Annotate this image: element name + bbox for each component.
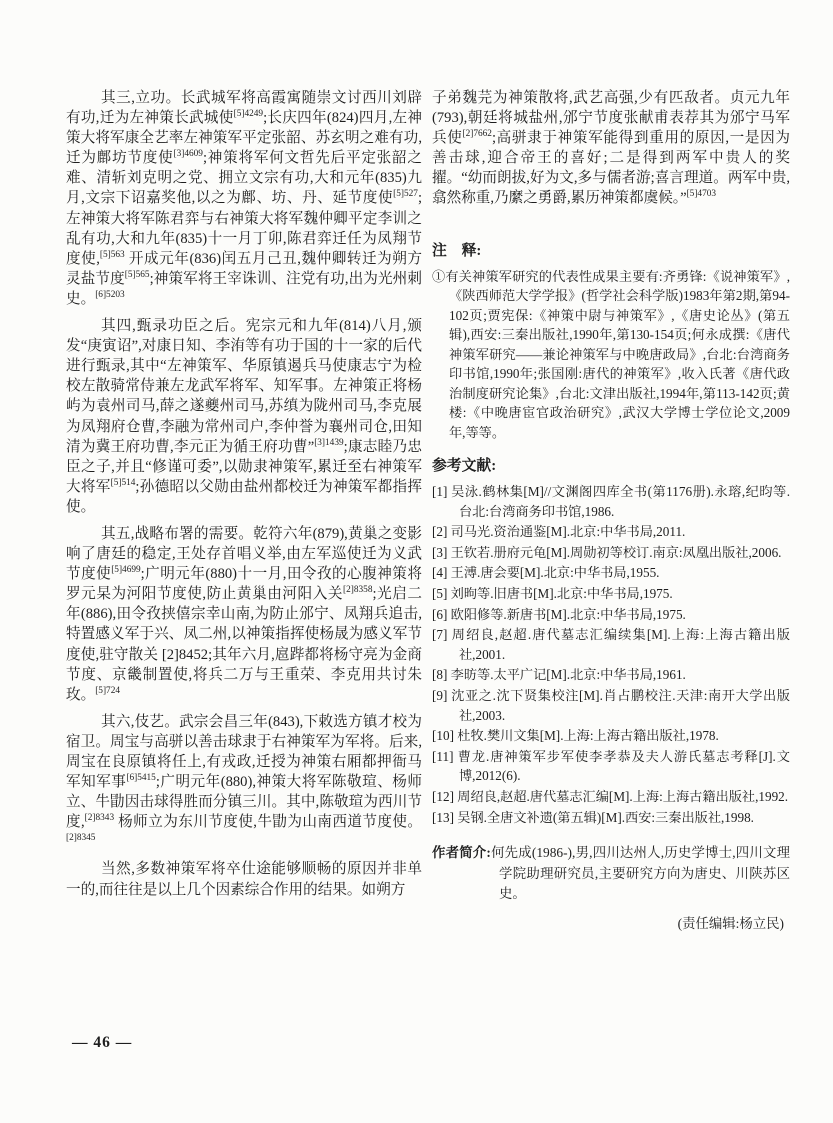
note-item: ①有关神策军研究的代表性成果主要有:齐勇锋:《说神策军》,《陕西师范大学学报》(…	[432, 267, 790, 443]
notes-header: 注 释:	[432, 241, 790, 261]
continuation-paragraphs: 子弟魏芫为神策散将,武艺高强,少有匹敌者。贞元九年(793),朝廷将城盐州,邠宁…	[432, 88, 790, 209]
references-list: [1] 吴泳.鹤林集[M]//文渊阁四库全书(第1176册).永瑢,纪昀等.台北…	[432, 482, 790, 827]
citation-superscript: [6]5415	[126, 773, 155, 783]
reference-item: [10] 杜牧.樊川文集[M].上海:上海古籍出版社,1978.	[432, 726, 790, 746]
left-text-column: 其三,立功。长武城军将高霞寓随崇文讨西川刘辟有功,迁为左神策长武城使[5]424…	[66, 88, 422, 907]
reference-item: [5] 刘昫等.旧唐书[M].北京:中华书局,1975.	[432, 584, 790, 604]
page-number: — 46 —	[72, 1034, 132, 1052]
citation-superscript: [6]5203	[95, 290, 124, 300]
citation-superscript: [5]4249	[234, 109, 263, 119]
reference-item: [6] 欧阳修等.新唐书[M].北京:中华书局,1975.	[432, 605, 790, 625]
notes-list: ①有关神策军研究的代表性成果主要有:齐勇锋:《说神策军》,《陕西师范大学学报》(…	[432, 267, 790, 443]
reference-item: [2] 司马光.资治通鉴[M].北京:中华书局,2011.	[432, 522, 790, 542]
reference-item: [1] 吴泳.鹤林集[M]//文渊阁四库全书(第1176册).永瑢,纪昀等.台北…	[432, 482, 790, 521]
citation-superscript: [3]4609	[174, 149, 203, 159]
reference-item: [4] 王溥.唐会要[M].北京:中华书局,1955.	[432, 563, 790, 583]
reference-item: [13] 吴钢.全唐文补遗(第五辑)[M].西安:三秦出版社,1998.	[432, 808, 790, 828]
reference-item: [7] 周绍良,赵超.唐代墓志汇编续集[M].上海:上海古籍出版社,2001.	[432, 625, 790, 664]
citation-superscript: [2]7662	[463, 129, 492, 139]
editor-note: (责任编辑:杨立民)	[432, 913, 790, 932]
citation-superscript: [5]514	[111, 478, 136, 488]
citation-superscript: [2]8358	[343, 585, 372, 595]
citation-superscript: [3]1439	[314, 438, 343, 448]
citation-superscript: [5]565	[125, 270, 150, 280]
citation-superscript: [5]724	[95, 686, 120, 696]
author-bio-text: 何先成(1986-),男,四川达州人,历史学博士,四川文理学院助理研究员,主要研…	[491, 845, 790, 901]
paragraph: 其三,立功。长武城军将高霞寓随崇文讨西川刘辟有功,迁为左神策长武城使[5]424…	[66, 88, 422, 309]
citation-superscript: [5]563	[100, 250, 125, 260]
references-section: 参考文献: [1] 吴泳.鹤林集[M]//文渊阁四库全书(第1176册).永瑢,…	[432, 456, 790, 827]
reference-item: [8] 李昉等.太平广记[M].北京:中华书局,1961.	[432, 665, 790, 685]
citation-superscript: [5]4703	[687, 190, 716, 200]
reference-item: [11] 曹龙.唐神策军步军使李孝恭及夫人游氏墓志考释[J].文博,2012(6…	[432, 747, 790, 786]
paragraph: 其四,甄录功臣之后。宪宗元和九年(814)八月,颁发“庚寅诏”,对康日知、李洧等…	[66, 316, 422, 517]
paragraph: 其五,战略布署的需要。乾符六年(879),黄巢之变影响了唐廷的稳定,王处存首唱义…	[66, 524, 422, 705]
right-text-column: 子弟魏芫为神策散将,武艺高强,少有匹敌者。贞元九年(793),朝廷将城盐州,邠宁…	[432, 88, 790, 932]
references-header: 参考文献:	[432, 456, 790, 476]
author-bio-label: 作者简介:	[432, 845, 491, 860]
citation-superscript: [5]527	[393, 190, 418, 200]
citation-superscript: [2]8345	[66, 834, 95, 844]
citation-superscript: [5]4699	[111, 565, 140, 575]
reference-item: [3] 王钦若.册府元龟[M].周勋初等校订.南京:凤凰出版社,2006.	[432, 543, 790, 563]
scanned-paper-page: 其三,立功。长武城军将高霞寓随崇文讨西川刘辟有功,迁为左神策长武城使[5]424…	[0, 0, 833, 1123]
notes-section: 注 释: ①有关神策军研究的代表性成果主要有:齐勇锋:《说神策军》,《陕西师范大…	[432, 241, 790, 443]
reference-item: [12] 周绍良,赵超.唐代墓志汇编[M].上海:上海古籍出版社,1992.	[432, 787, 790, 807]
paragraph: 其六,伎艺。武宗会昌三年(843),下敕选方镇才校为宿卫。周宝与高骈以善击球隶于…	[66, 712, 422, 853]
citation-superscript: [2]8343	[85, 813, 114, 823]
paragraph: 当然,多数神策军将卒仕途能够顺畅的原因并非单一的,而往往是以上几个因素综合作用的…	[66, 859, 422, 899]
reference-item: [9] 沈亚之.沈下贤集校注[M].肖占鹏校注.天津:南开大学出版社,2003.	[432, 686, 790, 725]
paragraph: 子弟魏芫为神策散将,武艺高强,少有匹敌者。贞元九年(793),朝廷将城盐州,邠宁…	[432, 88, 790, 209]
author-bio: 作者简介:何先成(1986-),男,四川达州人,历史学博士,四川文理学院助理研究…	[432, 843, 790, 905]
